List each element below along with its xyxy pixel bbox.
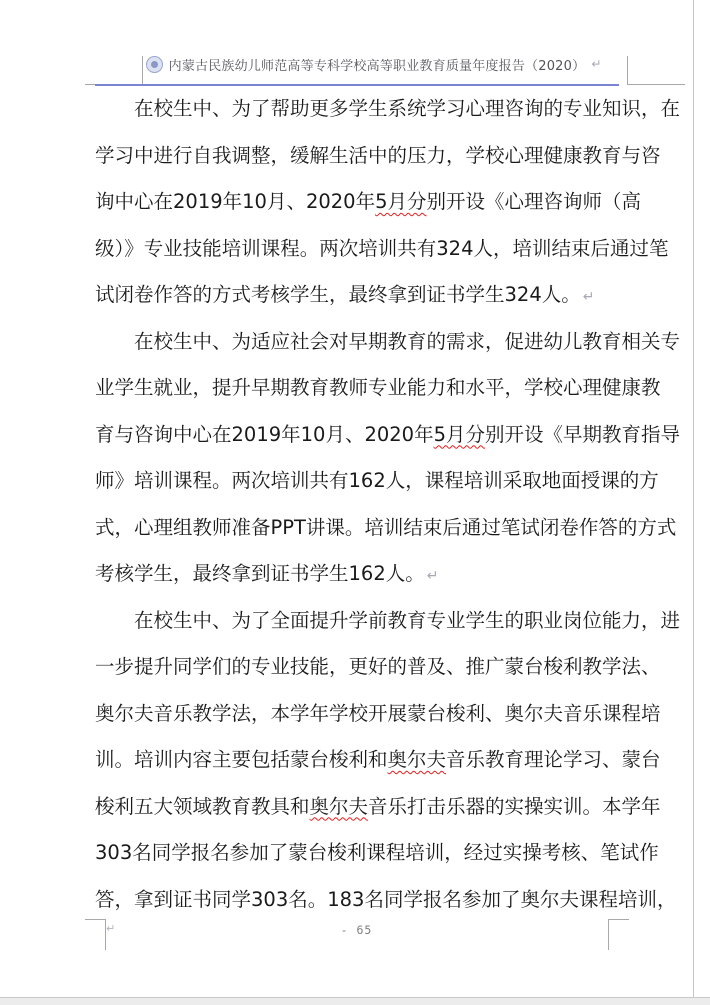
paragraph: 在校生中、为了帮助更多学生系统学习心理咨询的专业知识，在学习中进行自我调整，缓解… [95, 88, 618, 321]
text-line: 试闭卷作答的方式考核学生，最终拿到证书学生324人。↵ [95, 274, 618, 321]
text-run: 奥尔夫音乐教学法，本学年学校开展蒙台梭利、奥尔夫音乐课程培 [95, 702, 661, 725]
school-emblem-icon [146, 56, 163, 73]
paragraph: 在校生中、为适应社会对早期教育的需求，促进幼儿教育相关专业学生就业，提升早期教育… [95, 321, 618, 600]
text-line: 梭利五大领域教育教具和奥尔夫音乐打击乐器的实操实训。本学年 [95, 786, 618, 833]
crop-mark-top-right [627, 56, 685, 85]
text-line: 询中心在2019年10月、2020年5月分别开设《心理咨询师（高 [95, 181, 618, 228]
text-line: 一步提升同学们的专业技能，更好的普及、推广蒙台梭利教学法、 [95, 646, 618, 693]
text-run: 试闭卷作答的方式考核学生，最终拿到证书学生324人。 [95, 283, 581, 306]
page-header: 内蒙古民族幼儿师范高等专科学校高等职业教育质量年度报告（2020） ↵ [95, 49, 618, 79]
text-run: 音乐教育理论学习、蒙台 [446, 748, 661, 771]
text-run: 在校生中、为适应社会对早期教育的需求，促进幼儿教育相关专 [134, 330, 680, 353]
text-run: 级）》专业技能培训课程。两次培训共有324人，培训结束后通过笔 [95, 237, 668, 260]
text-line: 303名同学报名参加了蒙台梭利课程培训，经过实操考核、笔试作 [95, 832, 618, 879]
text-line: 师》培训课程。两次培训共有162人，课程培训采取地面授课的方 [95, 460, 618, 507]
text-run: 一步提升同学们的专业技能，更好的普及、推广蒙台梭利教学法、 [95, 655, 661, 678]
text-run: 师》培训课程。两次培训共有162人，课程培训采取地面授课的方 [95, 469, 659, 492]
paragraph-return-mark: ↵ [427, 568, 439, 584]
text-line: 业学生就业，提升早期教育教师专业能力和水平，学校心理健康教 [95, 367, 618, 414]
text-run: 别开设《心理咨询师（高 [427, 190, 642, 213]
spellcheck-wavy-underline: 5月分 [375, 190, 426, 213]
text-run: 学习中进行自我调整，缓解生活中的压力，学校心理健康教育与咨 [95, 144, 661, 167]
text-line: 训。培训内容主要包括蒙台梭利和奥尔夫音乐教育理论学习、蒙台 [95, 739, 618, 786]
text-run: 式，心理组教师准备PPT讲课。培训结束后通过笔试闭卷作答的方式 [95, 516, 676, 539]
text-run: 梭利五大领域教育教具和 [95, 795, 310, 818]
spellcheck-wavy-underline: 5月分 [434, 423, 485, 446]
page-right-edge [693, 0, 694, 997]
header-return-mark: ↵ [591, 57, 601, 71]
school-emblem-icon-inner [151, 61, 158, 68]
page-number: - 65 [95, 923, 618, 937]
document-body: 在校生中、为了帮助更多学生系统学习心理咨询的专业知识，在学习中进行自我调整，缓解… [95, 88, 618, 925]
text-run: 育与咨询中心在2019年10月、2020年 [95, 423, 434, 446]
text-run: 音乐打击乐器的实操实训。本学年 [368, 795, 661, 818]
page-bottom-edge [0, 997, 710, 1005]
text-line: 在校生中、为了全面提升学前教育专业学生的职业岗位能力，进 [95, 600, 618, 647]
text-line: 在校生中、为了帮助更多学生系统学习心理咨询的专业知识，在 [95, 88, 618, 135]
text-line: 式，心理组教师准备PPT讲课。培训结束后通过笔试闭卷作答的方式 [95, 507, 618, 554]
text-line: 级）》专业技能培训课程。两次培训共有324人，培训结束后通过笔 [95, 228, 618, 275]
text-run: 别开设《早期教育指导 [485, 423, 680, 446]
spellcheck-wavy-underline: 奥尔夫 [310, 795, 369, 818]
document-page: 内蒙古民族幼儿师范高等专科学校高等职业教育质量年度报告（2020） ↵ 在校生中… [0, 0, 710, 1005]
text-line: 育与咨询中心在2019年10月、2020年5月分别开设《早期教育指导 [95, 414, 618, 461]
spellcheck-wavy-underline: 奥尔夫 [388, 748, 447, 771]
text-run: 在校生中、为了帮助更多学生系统学习心理咨询的专业知识，在 [134, 97, 680, 120]
header-title: 内蒙古民族幼儿师范高等专科学校高等职业教育质量年度报告（2020） [169, 55, 586, 74]
paragraph: 在校生中、为了全面提升学前教育专业学生的职业岗位能力，进一步提升同学们的专业技能… [95, 600, 618, 926]
text-run: 考核学生，最终拿到证书学生162人。 [95, 562, 425, 585]
text-run: 询中心在2019年10月、2020年 [95, 190, 375, 213]
text-line: 在校生中、为适应社会对早期教育的需求，促进幼儿教育相关专 [95, 321, 618, 368]
text-run: 训。培训内容主要包括蒙台梭利和 [95, 748, 388, 771]
text-line: 学习中进行自我调整，缓解生活中的压力，学校心理健康教育与咨 [95, 135, 618, 182]
text-run: 业学生就业，提升早期教育教师专业能力和水平，学校心理健康教 [95, 376, 661, 399]
text-run: 303名同学报名参加了蒙台梭利课程培训，经过实操考核、笔试作 [95, 841, 659, 864]
text-line: 答，拿到证书同学303名。183名同学报名参加了奥尔夫课程培训， [95, 879, 618, 926]
text-run: 在校生中、为了全面提升学前教育专业学生的职业岗位能力，进 [134, 609, 680, 632]
header-underline [95, 84, 619, 86]
text-line: 奥尔夫音乐教学法，本学年学校开展蒙台梭利、奥尔夫音乐课程培 [95, 693, 618, 740]
paragraph-return-mark: ↵ [583, 289, 595, 305]
text-run: 答，拿到证书同学303名。183名同学报名参加了奥尔夫课程培训， [95, 888, 676, 911]
text-line: 考核学生，最终拿到证书学生162人。↵ [95, 553, 618, 600]
